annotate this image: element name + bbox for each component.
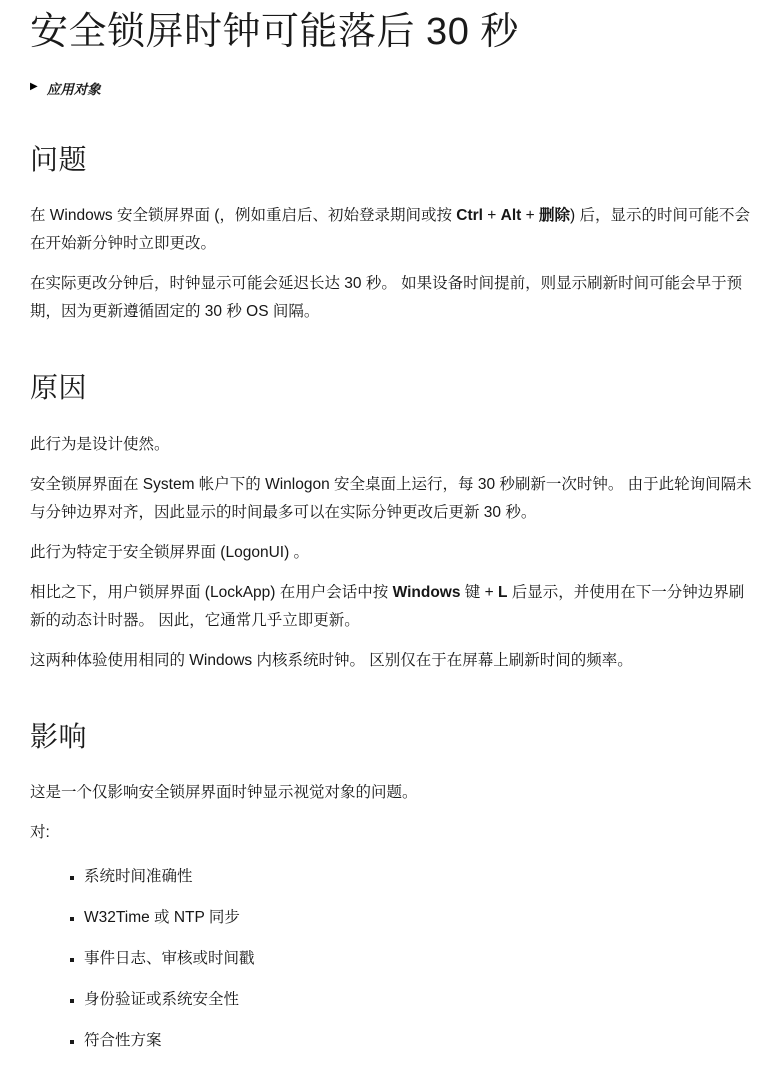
impact-paragraph-2: 对: bbox=[30, 819, 754, 847]
applies-to-label: 应用对象 bbox=[47, 78, 101, 98]
text-segment: + bbox=[483, 207, 501, 224]
cause-paragraph-4: 相比之下，用户锁屏界面 (LockApp) 在用户会话中按 Windows 键 … bbox=[30, 579, 754, 635]
list-item: 事件日志、审核或时间戳 bbox=[84, 945, 754, 973]
section-heading-impact: 影响 bbox=[30, 720, 754, 754]
kbd-alt-bold: Alt bbox=[501, 207, 522, 224]
cause-paragraph-1: 此行为是设计使然。 bbox=[30, 431, 754, 459]
list-item: 身份验证或系统安全性 bbox=[84, 986, 754, 1014]
cause-paragraph-2: 安全锁屏界面在 System 帐户下的 Winlogon 安全桌面上运行，每 3… bbox=[30, 471, 754, 527]
list-item: 符合性方案 bbox=[84, 1027, 754, 1055]
kbd-windows-bold: Windows bbox=[393, 584, 461, 601]
article-page: 安全锁屏时钟可能落后 30 秒 ▶ 应用对象 问题 在 Windows 安全锁屏… bbox=[0, 10, 784, 1088]
kbd-delete-bold: 删除 bbox=[539, 207, 570, 224]
expander-arrow-icon: ▶ bbox=[30, 82, 38, 92]
list-item: W32Time 或 NTP 同步 bbox=[84, 904, 754, 932]
section-heading-problem: 问题 bbox=[30, 143, 754, 177]
applies-to-expander[interactable]: ▶ 应用对象 bbox=[30, 78, 101, 98]
kbd-l-bold: L bbox=[498, 584, 507, 601]
impact-paragraph-1: 这是一个仅影响安全锁屏界面时钟显示视觉对象的问题。 bbox=[30, 779, 754, 807]
problem-paragraph-2: 在实际更改分钟后，时钟显示可能会延迟长达 30 秒。 如果设备时间提前，则显示刷… bbox=[30, 270, 754, 326]
problem-paragraph-1: 在 Windows 安全锁屏界面 (，例如重启后、初始登录期间或按 Ctrl +… bbox=[30, 202, 754, 258]
section-heading-cause: 原因 bbox=[30, 371, 754, 405]
text-segment: + bbox=[521, 207, 539, 224]
list-item: 系统时间准确性 bbox=[84, 863, 754, 891]
kbd-ctrl-bold: Ctrl bbox=[456, 207, 483, 224]
cause-paragraph-3: 此行为特定于安全锁屏界面 (LogonUI) 。 bbox=[30, 539, 754, 567]
impact-list: 系统时间准确性 W32Time 或 NTP 同步 事件日志、审核或时间戳 身份验… bbox=[30, 863, 754, 1055]
text-segment: 键 + bbox=[460, 584, 497, 601]
text-segment: 在 Windows 安全锁屏界面 (，例如重启后、初始登录期间或按 bbox=[30, 207, 456, 224]
page-title: 安全锁屏时钟可能落后 30 秒 bbox=[30, 10, 754, 56]
cause-paragraph-5: 这两种体验使用相同的 Windows 内核系统时钟。 区别仅在于在屏幕上刷新时间… bbox=[30, 647, 754, 675]
text-segment: 相比之下，用户锁屏界面 (LockApp) 在用户会话中按 bbox=[30, 584, 393, 601]
